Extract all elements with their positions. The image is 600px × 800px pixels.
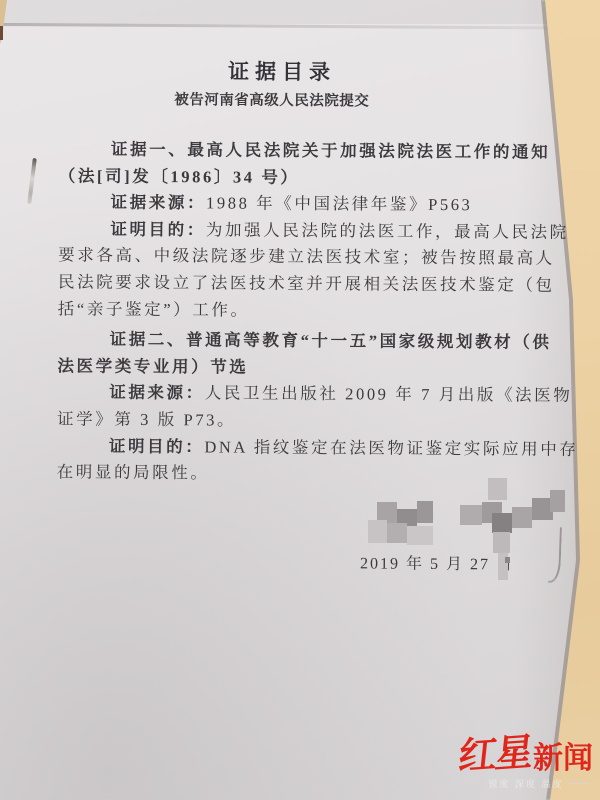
source-label: 证据来源： <box>109 383 205 403</box>
source-text: 1988 年《中国法律年鉴》P563 <box>206 194 472 215</box>
mosaic-block <box>417 501 433 523</box>
brand-wordmark: 红星 新闻 <box>452 736 600 774</box>
mosaic-block <box>550 490 565 512</box>
brand-tagline: 锐度 深度 温度 <box>452 777 600 790</box>
evidence2-source-line: 证据来源：人民卫生出版社 2009 年 7 月出版《法医物 <box>57 380 572 410</box>
evidence2-title-line: 证据二、普通高等教育“十一五”国家级规划教材（供 <box>58 326 573 356</box>
source-text: 人民卫生出版社 2009 年 7 月出版《法医物 <box>205 384 573 406</box>
evidence2-title-line: 法医学类专业用）节选 <box>57 353 572 383</box>
red-star-news-watermark: 红星 新闻 锐度 深度 温度 <box>452 736 600 790</box>
evidence1-title-line: （法[司]发〔1986〕34 号） <box>59 163 574 193</box>
redacted-signature <box>365 476 570 586</box>
tagline-dash-left <box>464 783 483 784</box>
document-title: 证据目录 <box>9 54 554 88</box>
purpose-label: 证明目的： <box>110 219 206 239</box>
purpose-text: DNA 指纹鉴定在法医物证鉴定实际应用中存 <box>204 437 578 459</box>
evidence1-source-line: 证据来源：1988 年《中国法律年鉴》P563 <box>58 190 573 220</box>
mosaic-block <box>512 507 532 528</box>
signature-ink-dot <box>505 557 510 563</box>
tagline-text: 锐度 深度 温度 <box>488 777 563 790</box>
mosaic-block <box>460 505 482 525</box>
evidence2-purpose-line: 证明目的：DNA 指纹鉴定在法医物证鉴定实际应用中存 <box>57 433 572 463</box>
document-subtitle: 被告河南省高级人民法院提交 <box>0 87 544 112</box>
source-label: 证据来源： <box>111 193 207 213</box>
evidence1-purpose-line: 要求各高、中级法院逐步建立法医技术室；被告按照最高人 <box>58 243 573 273</box>
evidence2-section: 证据二、普通高等教育“十一五”国家级规划教材（供 法医学类专业用）节选 证据来源… <box>57 326 573 489</box>
mosaic-block <box>492 513 512 533</box>
mosaic-block <box>493 532 510 553</box>
document-page: 证据目录 被告河南省高级人民法院提交 证据一、最高人民法院关于加强法院法医工作的… <box>0 0 600 800</box>
evidence1-title-line: 证据一、最高人民法院关于加强法院法医工作的通知 <box>59 136 574 166</box>
tagline-dash-right <box>569 783 588 784</box>
document-body: 证据一、最高人民法院关于加强法院法医工作的通知 （法[司]发〔1986〕34 号… <box>57 136 574 489</box>
brand-block-characters: 新闻 <box>533 744 593 774</box>
evidence1-purpose-line: 括“亲子鉴定”）工作。 <box>58 296 573 326</box>
evidence1-section: 证据一、最高人民法院关于加强法院法医工作的通知 （法[司]发〔1986〕34 号… <box>58 136 574 326</box>
mosaic-block <box>387 523 407 543</box>
brand-script-characters: 红星 <box>457 734 534 777</box>
mosaic-block <box>407 526 433 545</box>
purpose-text: 为加强人民法院的法医工作，最高人民法院 <box>206 220 569 242</box>
evidence2-source-line: 证学》第 3 版 P73。 <box>57 406 572 436</box>
photo-canvas: { "document": { "title": "证据目录", "subtit… <box>0 0 600 800</box>
mosaic-block <box>368 520 387 543</box>
mosaic-block <box>488 478 507 500</box>
purpose-label: 证明目的： <box>109 436 205 456</box>
evidence1-purpose-line: 民法院要求设立了法医技术室并开展相关法医技术鉴定（包 <box>58 269 573 299</box>
evidence1-purpose-line: 证明目的：为加强人民法院的法医工作，最高人民法院 <box>58 216 573 246</box>
